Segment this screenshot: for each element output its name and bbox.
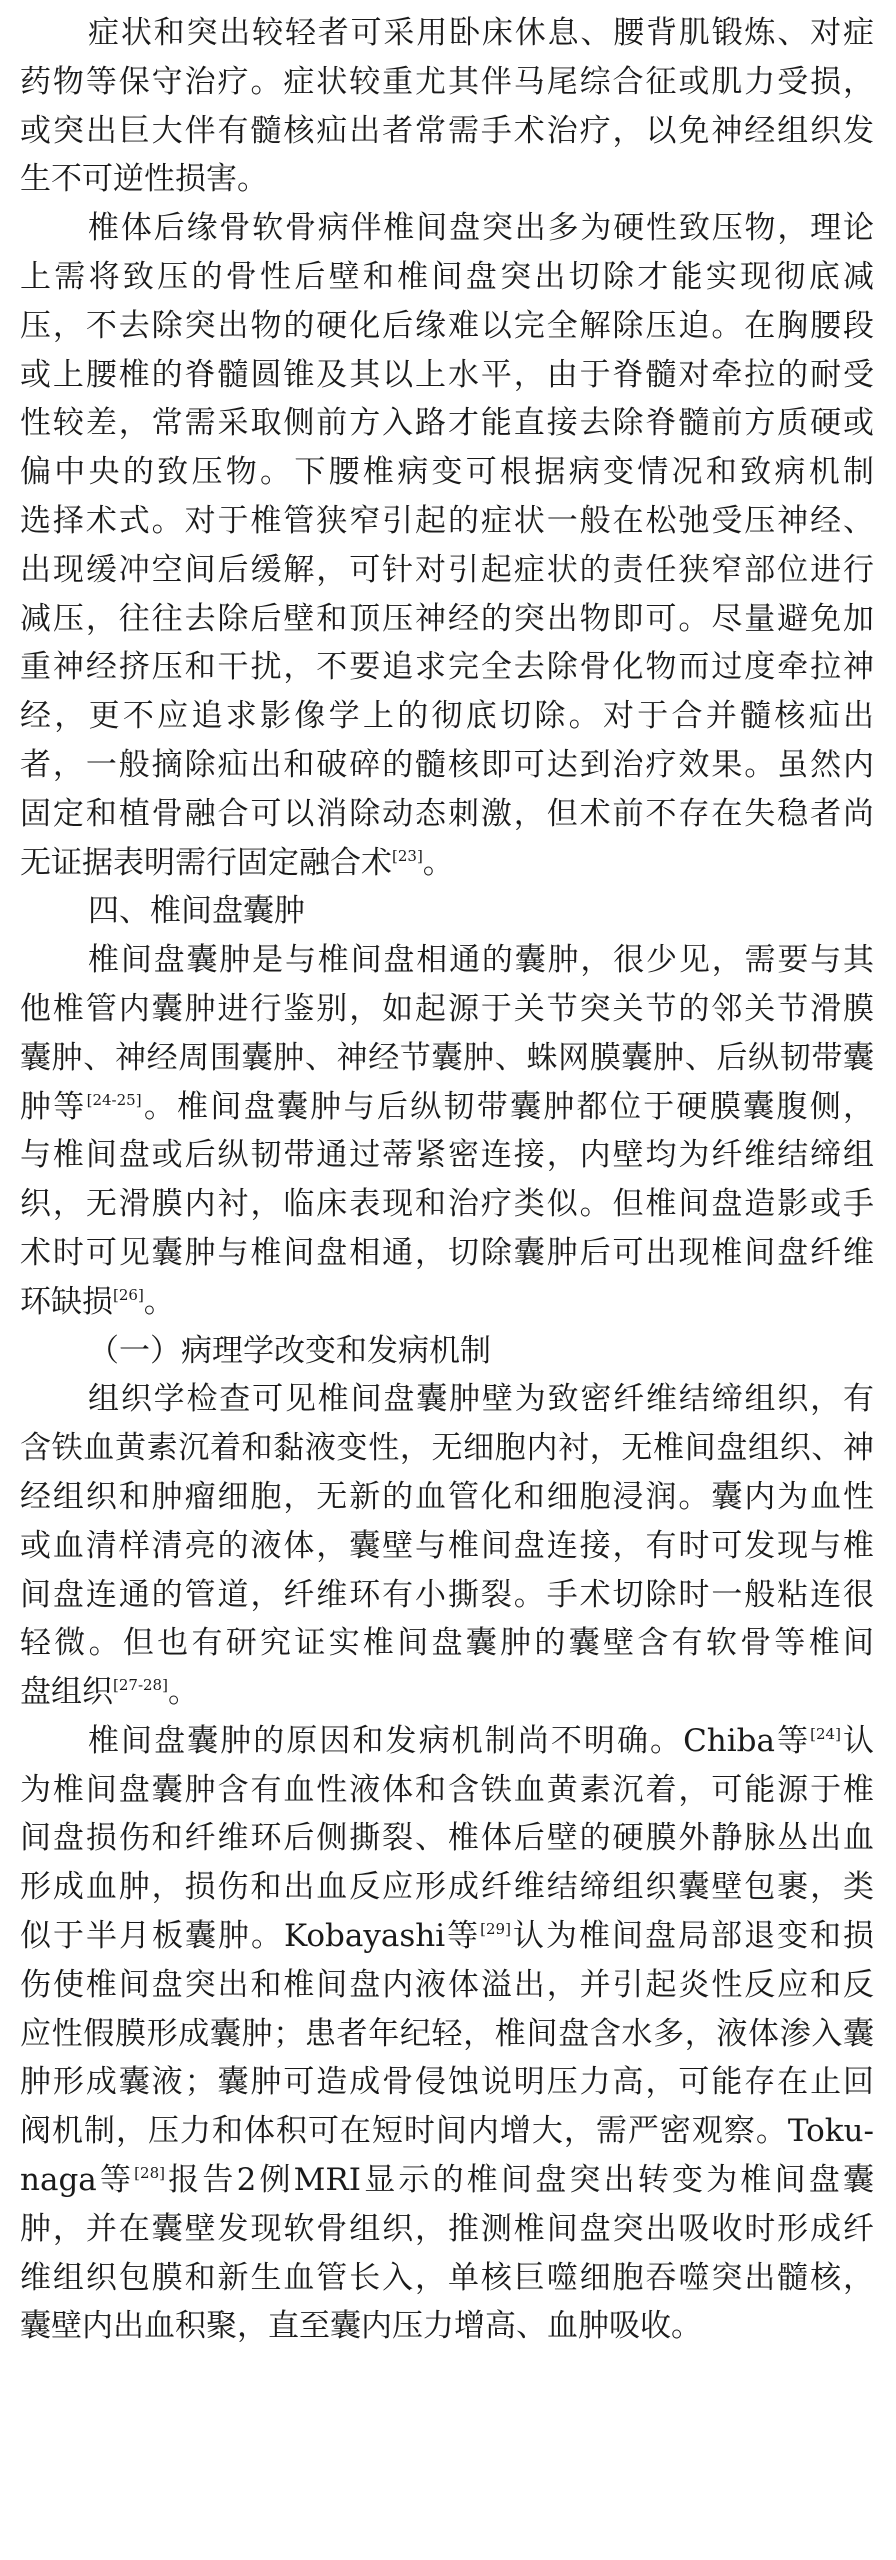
section-heading: 四、椎间盘囊肿 bbox=[20, 887, 874, 936]
text-line: 间盘损伤和纤维环后侧撕裂、椎体后壁的硬膜外静脉丛出血 bbox=[20, 1814, 874, 1863]
text-line: 似于半月板囊肿。Kobayashi等[29]认为椎间盘局部退变和损 bbox=[20, 1912, 874, 1961]
text-line: 为椎间盘囊肿含有血性液体和含铁血黄素沉着，可能源于椎 bbox=[20, 1766, 874, 1815]
line-tail: 。 bbox=[144, 1284, 175, 1320]
paragraph-osteochondrosis-surgery: 椎体后缘骨软骨病伴椎间盘突出多为硬性致压物，理论 上需将致压的骨性后壁和椎间盘突… bbox=[20, 204, 874, 887]
paragraph-disc-cyst-intro: 椎间盘囊肿是与椎间盘相通的囊肿，很少见，需要与其 他椎管内囊肿进行鉴别，如起源于… bbox=[20, 936, 874, 1326]
citation-ref[interactable]: [24-25] bbox=[87, 1091, 142, 1109]
text-line: 阀机制，压力和体积可在短时间内增大，需严密观察。Toku- bbox=[20, 2107, 874, 2156]
citation-ref[interactable]: [29] bbox=[480, 1920, 511, 1938]
text-line: 维组织包膜和新生血管长入，单核巨噬细胞吞噬突出髓核， bbox=[20, 2254, 874, 2303]
text-line: 椎体后缘骨软骨病伴椎间盘突出多为硬性致压物，理论 bbox=[20, 204, 874, 253]
text-line: 伤使椎间盘突出和椎间盘内液体溢出，并引起炎性反应和反 bbox=[20, 1961, 874, 2010]
line-tail: 。 bbox=[168, 1674, 199, 1710]
citation-ref[interactable]: [27-28] bbox=[113, 1676, 168, 1694]
text-line: 环缺损[26]。 bbox=[20, 1278, 874, 1327]
text-line: 上需将致压的骨性后壁和椎间盘突出切除才能实现彻底减 bbox=[20, 253, 874, 302]
line-text: 盘组织 bbox=[20, 1674, 113, 1710]
text-line: 偏中央的致压物。下腰椎病变可根据病变情况和致病机制 bbox=[20, 448, 874, 497]
paragraph-histology: 组织学检查可见椎间盘囊肿壁为致密纤维结缔组织，有 含铁血黄素沉着和黏液变性，无细… bbox=[20, 1375, 874, 1717]
text-line: 或血清样清亮的液体，囊壁与椎间盘连接，有时可发现与椎 bbox=[20, 1522, 874, 1571]
text-line: 无证据表明需行固定融合术[23]。 bbox=[20, 839, 874, 888]
document-page: 症状和突出较轻者可采用卧床休息、腰背肌锻炼、对症 药物等保守治疗。症状较重尤其伴… bbox=[20, 9, 874, 2351]
text-line: 囊壁内出血积聚，直至囊内压力增高、血肿吸收。 bbox=[20, 2302, 874, 2351]
text-line: 或上腰椎的脊髓圆锥及其以上水平，由于脊髓对牵拉的耐受 bbox=[20, 351, 874, 400]
text-line: 重神经挤压和干扰，不要追求完全去除骨化物而过度牵拉神 bbox=[20, 643, 874, 692]
text-line: 经，更不应追求影像学上的彻底切除。对于合并髓核疝出 bbox=[20, 692, 874, 741]
citation-ref[interactable]: [24] bbox=[810, 1725, 841, 1743]
text-line: 肿，并在囊壁发现软骨组织，推测椎间盘突出吸收时形成纤 bbox=[20, 2205, 874, 2254]
text-line: naga等[28]报告2例MRI显示的椎间盘突出转变为椎间盘囊 bbox=[20, 2156, 874, 2205]
text-line: 组织学检查可见椎间盘囊肿壁为致密纤维结缔组织，有 bbox=[20, 1375, 874, 1424]
text-line: 轻微。但也有研究证实椎间盘囊肿的囊壁含有软骨等椎间 bbox=[20, 1619, 874, 1668]
text-line: 肿等[24-25]。椎间盘囊肿与后纵韧带囊肿都位于硬膜囊腹侧， bbox=[20, 1083, 874, 1132]
text-line: 或突出巨大伴有髓核疝出者常需手术治疗，以免神经组织发 bbox=[20, 107, 874, 156]
text-line: 减压，往往去除后壁和顶压神经的突出物即可。尽量避免加 bbox=[20, 595, 874, 644]
text-line: 与椎间盘或后纵韧带通过蒂紧密连接，内壁均为纤维结缔组 bbox=[20, 1131, 874, 1180]
text-line: 症状和突出较轻者可采用卧床休息、腰背肌锻炼、对症 bbox=[20, 9, 874, 58]
line-text: 无证据表明需行固定融合术 bbox=[20, 845, 392, 881]
text-line: 出现缓冲空间后缓解，可针对引起症状的责任狭窄部位进行 bbox=[20, 546, 874, 595]
citation-ref[interactable]: [26] bbox=[113, 1286, 144, 1304]
text-line: 间盘连通的管道，纤维环有小撕裂。手术切除时一般粘连很 bbox=[20, 1571, 874, 1620]
paragraph-conservative-treatment: 症状和突出较轻者可采用卧床休息、腰背肌锻炼、对症 药物等保守治疗。症状较重尤其伴… bbox=[20, 9, 874, 204]
text-line: 药物等保守治疗。症状较重尤其伴马尾综合征或肌力受损， bbox=[20, 58, 874, 107]
citation-ref[interactable]: [23] bbox=[392, 847, 423, 865]
text-line: 生不可逆性损害。 bbox=[20, 155, 874, 204]
text-line: 盘组织[27-28]。 bbox=[20, 1668, 874, 1717]
subsection-heading: （一）病理学改变和发病机制 bbox=[20, 1327, 874, 1376]
text-line: 椎间盘囊肿是与椎间盘相通的囊肿，很少见，需要与其 bbox=[20, 936, 874, 985]
line-text: 环缺损 bbox=[20, 1284, 113, 1320]
text-line: 选择术式。对于椎管狭窄引起的症状一般在松弛受压神经、 bbox=[20, 497, 874, 546]
citation-ref[interactable]: [28] bbox=[134, 2164, 165, 2182]
text-line: 者，一般摘除疝出和破碎的髓核即可达到治疗效果。虽然内 bbox=[20, 741, 874, 790]
paragraph-pathogenesis: 椎间盘囊肿的原因和发病机制尚不明确。Chiba等[24]认 为椎间盘囊肿含有血性… bbox=[20, 1717, 874, 2351]
text-line: 织，无滑膜内衬，临床表现和治疗类似。但椎间盘造影或手 bbox=[20, 1180, 874, 1229]
text-line: 性较差，常需采取侧前方入路才能直接去除脊髓前方质硬或 bbox=[20, 399, 874, 448]
text-line: 肿形成囊液；囊肿可造成骨侵蚀说明压力高，可能存在止回 bbox=[20, 2058, 874, 2107]
line-tail: 。 bbox=[423, 845, 454, 881]
text-line: 术时可见囊肿与椎间盘相通，切除囊肿后可出现椎间盘纤维 bbox=[20, 1229, 874, 1278]
text-line: 经组织和肿瘤细胞，无新的血管化和细胞浸润。囊内为血性 bbox=[20, 1473, 874, 1522]
text-line: 囊肿、神经周围囊肿、神经节囊肿、蛛网膜囊肿、后纵韧带囊 bbox=[20, 1034, 874, 1083]
text-line: 椎间盘囊肿的原因和发病机制尚不明确。Chiba等[24]认 bbox=[20, 1717, 874, 1766]
text-line: 含铁血黄素沉着和黏液变性，无细胞内衬，无椎间盘组织、神 bbox=[20, 1424, 874, 1473]
text-line: 应性假膜形成囊肿；患者年纪轻，椎间盘含水多，液体渗入囊 bbox=[20, 2010, 874, 2059]
text-line: 形成血肿，损伤和出血反应形成纤维结缔组织囊壁包裹，类 bbox=[20, 1863, 874, 1912]
text-line: 他椎管内囊肿进行鉴别，如起源于关节突关节的邻关节滑膜 bbox=[20, 985, 874, 1034]
text-line: 固定和植骨融合可以消除动态刺激，但术前不存在失稳者尚 bbox=[20, 790, 874, 839]
text-line: 压，不去除突出物的硬化后缘难以完全解除压迫。在胸腰段 bbox=[20, 302, 874, 351]
